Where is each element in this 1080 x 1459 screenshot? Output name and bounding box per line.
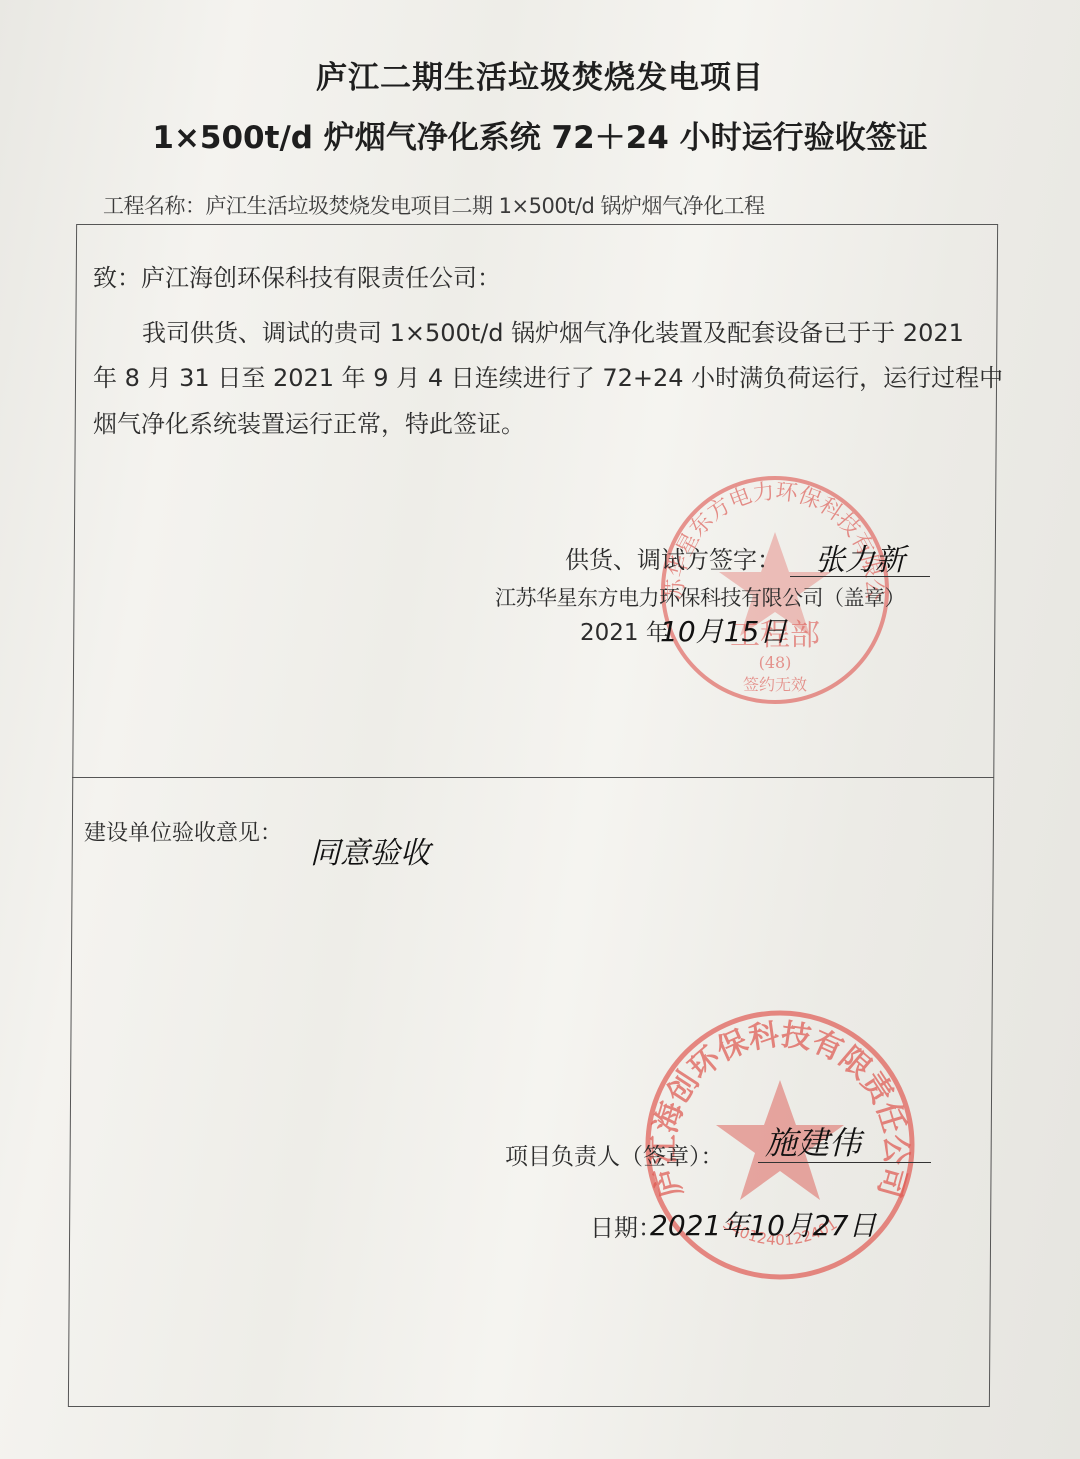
body-line-1: 我司供货、调试的贵司 1×500t/d 锅炉烟气净化装置及配套设备已于于 202… [142,313,964,348]
project-name-row: 工程名称：庐江生活垃圾焚烧发电项目二期 1×500t/d 锅炉烟气净化工程 [103,190,765,220]
owner-handwritten-date: 2021年10月27日 [650,1204,877,1244]
document-title-line2: 1×500t/d 炉烟气净化系统 72＋24 小时运行验收签证 [0,112,1080,157]
supplier-signature-line [790,576,930,577]
supplier-date-year: 2021 年 [580,614,669,647]
owner-handwritten-opinion: 同意验收 [310,828,430,872]
project-name: 庐江生活垃圾焚烧发电项目二期 1×500t/d 锅炉烟气净化工程 [206,194,765,218]
responsible-person-label: 项目负责人（签章）： [505,1138,724,1171]
body-line-2: 年 8 月 31 日至 2021 年 9 月 4 日连续进行了 72+24 小时… [93,358,1003,393]
body-line-3: 烟气净化系统装置运行正常，特此签证。 [93,404,525,439]
responsible-signature-line [758,1162,931,1163]
owner-opinion-label: 建设单位验收意见： [84,816,282,847]
supplier-handwritten-signature: 张力新 [815,535,905,579]
supplier-handwritten-date: 10月15日 [660,610,787,650]
supplier-company-name: 江苏华星东方电力环保科技有限公司（盖章） [495,582,905,612]
responsible-handwritten-signature: 施建伟 [765,1118,861,1164]
supplier-signature-label: 供货、调试方签字： [565,540,781,575]
addressee: 致：庐江海创环保科技有限责任公司： [93,258,501,293]
project-label: 工程名称： [103,194,206,218]
document-title-line1: 庐江二期生活垃圾焚烧发电项目 [0,52,1080,97]
section-divider [72,777,994,778]
